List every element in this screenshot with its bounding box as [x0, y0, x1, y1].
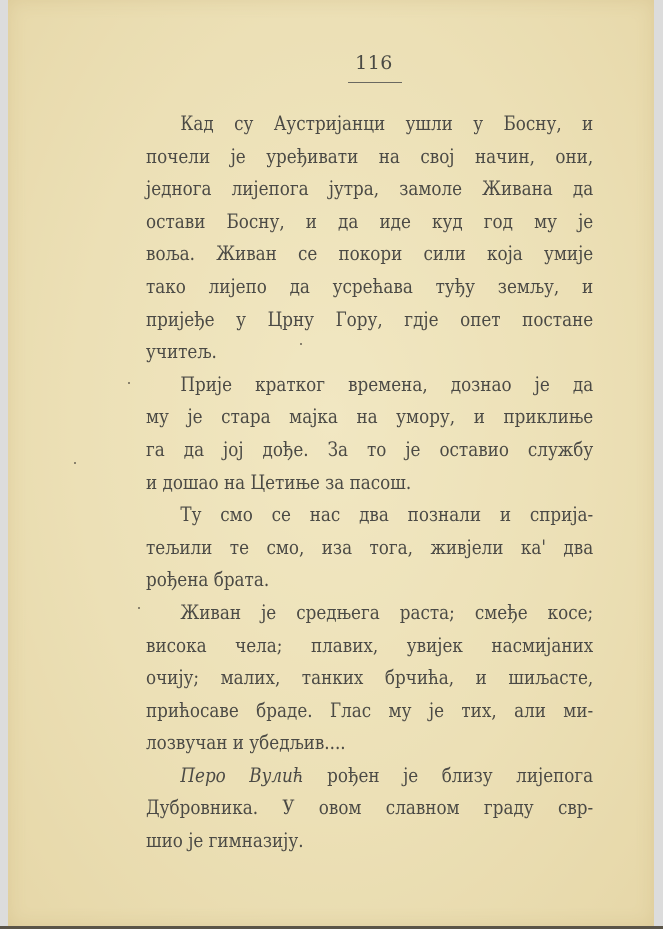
page-number-rule — [348, 82, 402, 83]
page-number: 116 — [346, 52, 402, 74]
paper-speck — [300, 343, 302, 345]
text-line: висока чела; плавих, увијек насмијаних — [146, 630, 593, 663]
paragraph-1: Кад су Аустријанци ушли у Босну, и почел… — [146, 108, 530, 369]
text-line: Кад су Аустријанци ушли у Босну, и — [146, 108, 593, 141]
text-run: рођен је близу лијепога — [304, 764, 594, 787]
text-line: почели је уређивати на свој начин, они, — [146, 141, 593, 174]
paper-speck — [74, 462, 76, 464]
body-text: Кад су Аустријанци ушли у Босну, и почел… — [146, 108, 530, 858]
paragraph-2: Прије кратког времена, дознао је да му ј… — [146, 369, 530, 499]
text-line: му је стара мајка на умору, и приклиње — [146, 401, 593, 434]
text-line: тако лијепо да усрећава туђу земљу, и — [146, 271, 593, 304]
text-line: Дубровника. У овом славном граду свр- — [146, 792, 593, 825]
text-line: лозвучан и убедљив.... — [146, 727, 593, 760]
text-line: пријеђе у Црну Гору, гдје опет постане — [146, 304, 593, 337]
book-page: 116 Кад су Аустријанци ушли у Босну, и п… — [8, 0, 654, 926]
paragraph-5: Перо Вулић рођен је близу лијепога Дубро… — [146, 760, 530, 858]
text-line: рођена брата. — [146, 564, 593, 597]
text-line: остави Босну, и да иде куд год му је — [146, 206, 593, 239]
text-line: прићосаве браде. Глас му је тих, али ми- — [146, 695, 593, 728]
text-line: тељили те смо, иза тога, живјели ка' два — [146, 532, 593, 565]
text-line: и дошао на Цетиње за пасош. — [146, 467, 593, 500]
paragraph-3: Ту смо се нас два познали и сприја- тељи… — [146, 499, 530, 597]
paragraph-4: Живан је средњега раста; смеђе косе; вис… — [146, 597, 530, 760]
text-line: учитељ. — [146, 336, 593, 369]
paper-speck — [138, 607, 140, 609]
italic-name: Перо Вулић — [180, 764, 303, 787]
text-line: Прије кратког времена, дознао је да — [146, 369, 593, 402]
text-line: очију; малих, танких брчића, и шиљасте, — [146, 662, 593, 695]
text-line: Ту смо се нас два познали и сприја- — [146, 499, 593, 532]
paper-speck — [128, 382, 130, 384]
text-line: га да јој дође. За то је оставио службу — [146, 434, 593, 467]
text-line: воља. Живан се покори сили која умије — [146, 238, 593, 271]
text-line: једнога лијепога јутра, замоле Живана да — [146, 173, 593, 206]
text-line: шио је гимназију. — [146, 825, 593, 858]
text-line: Перо Вулић рођен је близу лијепога — [146, 760, 593, 793]
text-line: Живан је средњега раста; смеђе косе; — [146, 597, 593, 630]
